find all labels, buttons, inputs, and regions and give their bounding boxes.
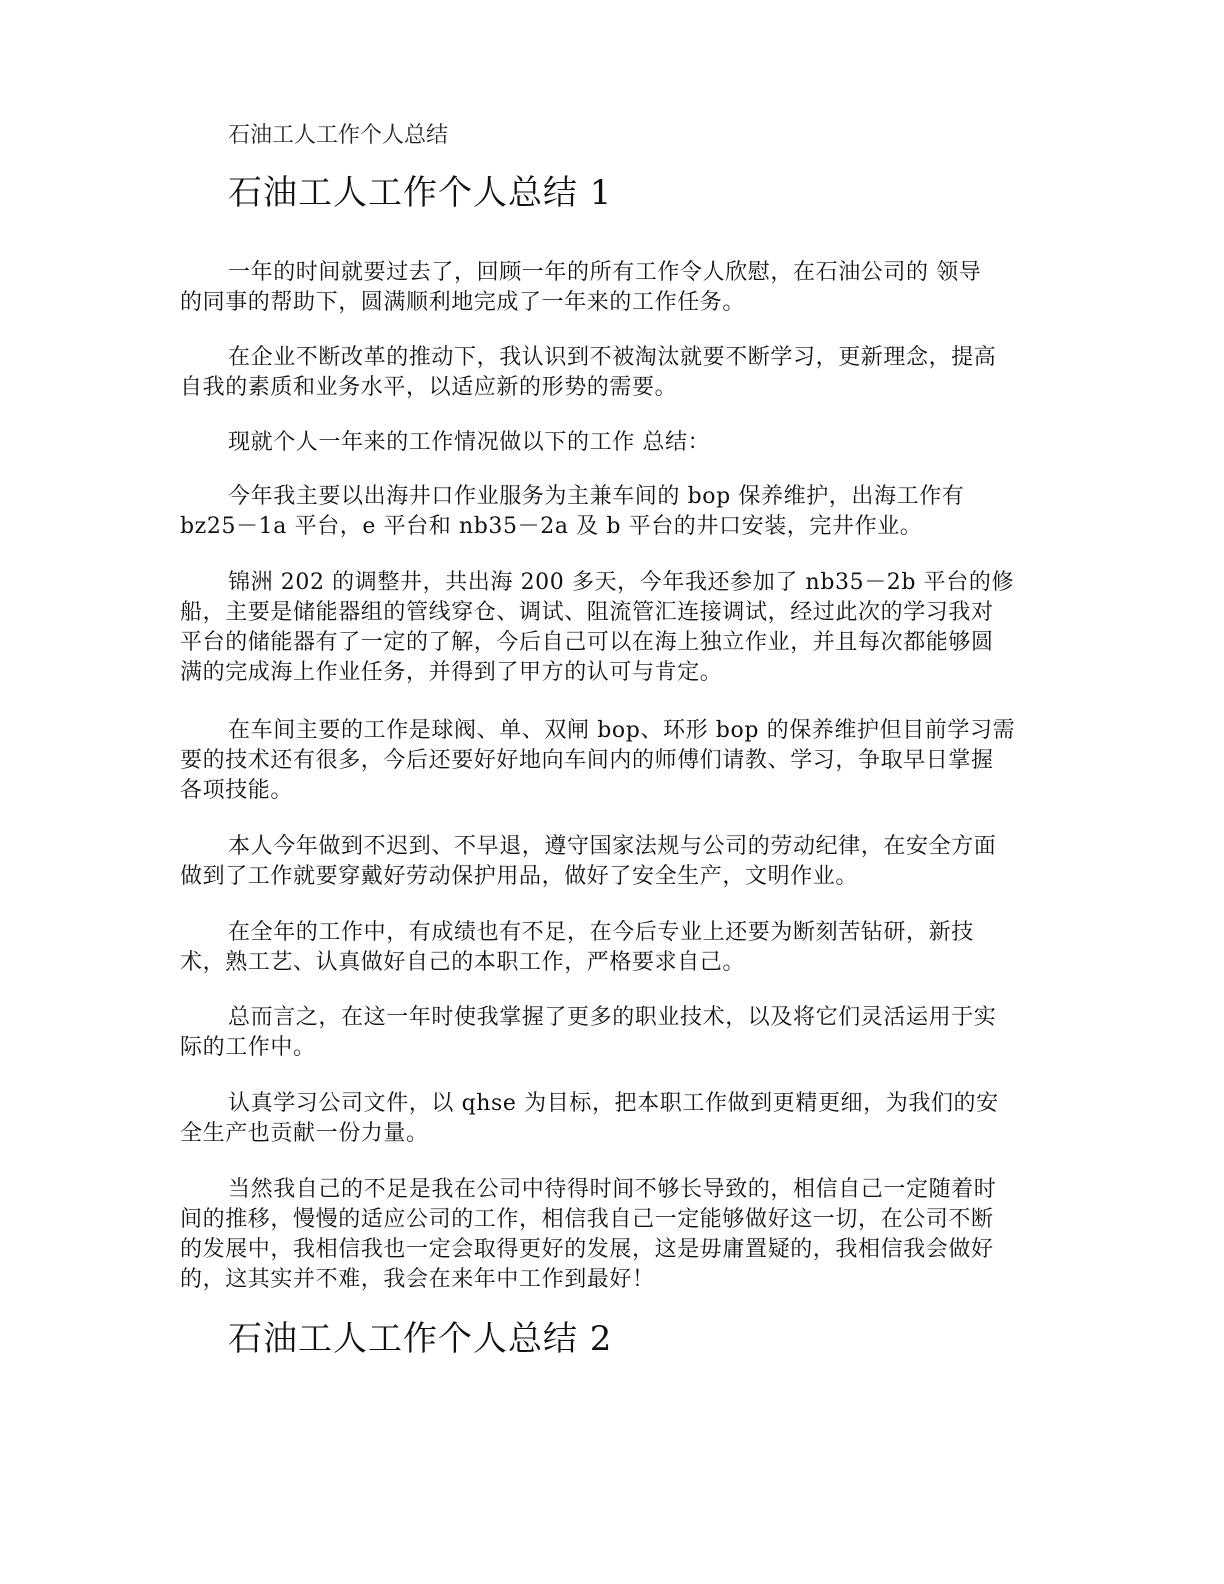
paragraph: 本人今年做到不迟到、不早退，遵守国家法规与公司的劳动纪律，在安全方面 做到了工作… xyxy=(180,832,1040,892)
paragraph-line: 本人今年做到不迟到、不早退，遵守国家法规与公司的劳动纪律，在安全方面 xyxy=(180,832,1040,862)
paragraph-line: 的，这其实并不难，我会在来年中工作到最好！ xyxy=(180,1265,1040,1295)
paragraph-line: 际的工作中。 xyxy=(180,1033,1040,1063)
paragraph: 在企业不断改革的推动下，我认识到不被淘汰就要不断学习，更新理念，提高 自我的素质… xyxy=(180,343,1040,403)
paragraph-line: 今年我主要以出海井口作业服务为主兼车间的 bop 保养维护，出海工作有 xyxy=(180,482,1040,512)
paragraph-line: 要的技术还有很多，今后还要好好地向车间内的师傅们请教、学习，争取早日掌握 xyxy=(180,746,1040,776)
document-page: 石油工人工作个人总结 石油工人工作个人总结 1 一年的时间就要过去了，回顾一年的… xyxy=(0,0,1224,1584)
paragraph-line: 各项技能。 xyxy=(180,776,1040,806)
paragraph-line: 术，熟工艺、认真做好自己的本职工作，严格要求自己。 xyxy=(180,948,1040,978)
paragraph-line: 平台的储能器有了一定的了解，今后自己可以在海上独立作业，并且每次都能够圆 xyxy=(180,628,1040,658)
paragraph: 在全年的工作中，有成绩也有不足，在今后专业上还要为断刻苦钻研，新技 术，熟工艺、… xyxy=(180,918,1040,978)
paragraph-line: 自我的素质和业务水平，以适应新的形势的需要。 xyxy=(180,373,1040,403)
paragraph: 在车间主要的工作是球阀、单、双闸 bop、环形 bop 的保养维护但目前学习需 … xyxy=(180,716,1040,806)
paragraph-line: 在全年的工作中，有成绩也有不足，在今后专业上还要为断刻苦钻研，新技 xyxy=(180,918,1040,948)
paragraph-line: 做到了工作就要穿戴好劳动保护用品，做好了安全生产，文明作业。 xyxy=(180,862,1040,892)
paragraph-line: 锦洲 202 的调整井，共出海 200 多天，今年我还参加了 nb35－2b 平… xyxy=(180,568,1040,598)
paragraph-line: 的同事的帮助下，圆满顺利地完成了一年来的工作任务。 xyxy=(180,288,1040,318)
paragraph-line: 一年的时间就要过去了，回顾一年的所有工作令人欣慰，在石油公司的 领导 xyxy=(180,258,1040,288)
paragraph-line: 认真学习公司文件，以 qhse 为目标，把本职工作做到更精更细，为我们的安 xyxy=(180,1089,1040,1119)
paragraph-line: 船，主要是储能器组的管线穿仓、调试、阻流管汇连接调试，经过此次的学习我对 xyxy=(180,598,1040,628)
paragraph-line: 的发展中，我相信我也一定会取得更好的发展，这是毋庸置疑的，我相信我会做好 xyxy=(180,1235,1040,1265)
paragraph-line: 现就个人一年来的工作情况做以下的工作 总结： xyxy=(180,428,1040,458)
paragraph-line: 在车间主要的工作是球阀、单、双闸 bop、环形 bop 的保养维护但目前学习需 xyxy=(180,716,1040,746)
paragraph-line: 总而言之，在这一年时使我掌握了更多的职业技术，以及将它们灵活运用于实 xyxy=(180,1003,1040,1033)
paragraph-line: 满的完成海上作业任务，并得到了甲方的认可与肯定。 xyxy=(180,658,1040,688)
paragraph-line: bz25－1a 平台，e 平台和 nb35－2a 及 b 平台的井口安装，完井作… xyxy=(180,512,1040,542)
paragraph-line: 间的推移，慢慢的适应公司的工作，相信我自己一定能够做好这一切，在公司不断 xyxy=(180,1205,1040,1235)
section-heading-2: 石油工人工作个人总结 2 xyxy=(228,1318,612,1360)
paragraph: 现就个人一年来的工作情况做以下的工作 总结： xyxy=(180,428,1040,458)
paragraph: 认真学习公司文件，以 qhse 为目标，把本职工作做到更精更细，为我们的安 全生… xyxy=(180,1089,1040,1149)
paragraph: 总而言之，在这一年时使我掌握了更多的职业技术，以及将它们灵活运用于实 际的工作中… xyxy=(180,1003,1040,1063)
paragraph: 一年的时间就要过去了，回顾一年的所有工作令人欣慰，在石油公司的 领导 的同事的帮… xyxy=(180,258,1040,318)
section-heading-1: 石油工人工作个人总结 1 xyxy=(228,172,612,214)
document-title: 石油工人工作个人总结 xyxy=(228,122,448,150)
paragraph: 锦洲 202 的调整井，共出海 200 多天，今年我还参加了 nb35－2b 平… xyxy=(180,568,1040,688)
paragraph: 今年我主要以出海井口作业服务为主兼车间的 bop 保养维护，出海工作有 bz25… xyxy=(180,482,1040,542)
paragraph-line: 全生产也贡献一份力量。 xyxy=(180,1119,1040,1149)
paragraph-line: 当然我自己的不足是我在公司中待得时间不够长导致的，相信自己一定随着时 xyxy=(180,1175,1040,1205)
paragraph: 当然我自己的不足是我在公司中待得时间不够长导致的，相信自己一定随着时 间的推移，… xyxy=(180,1175,1040,1295)
paragraph-line: 在企业不断改革的推动下，我认识到不被淘汰就要不断学习，更新理念，提高 xyxy=(180,343,1040,373)
